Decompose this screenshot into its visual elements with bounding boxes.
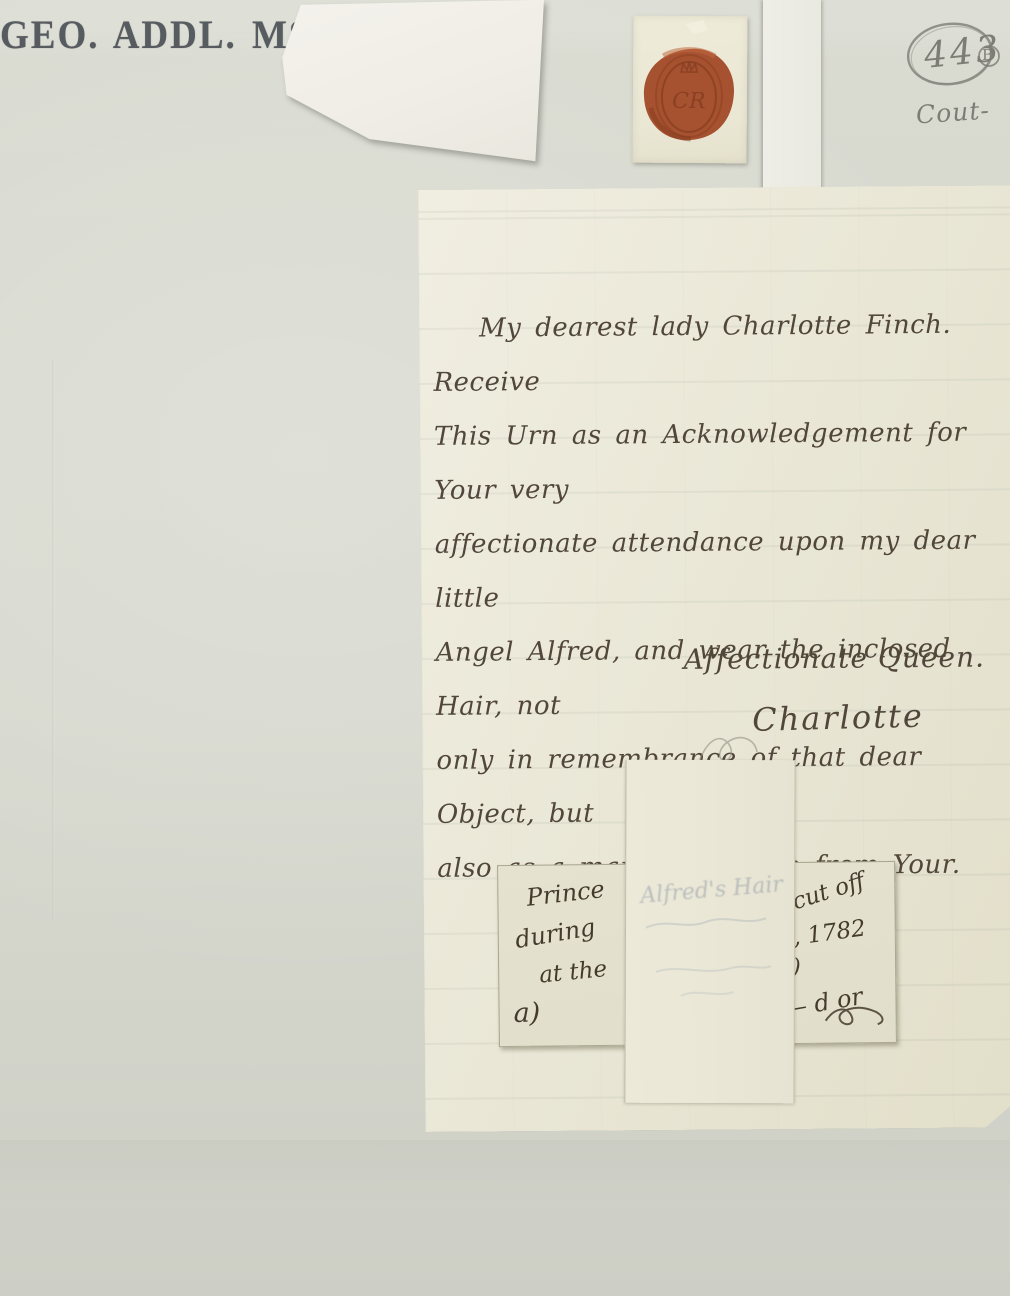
page-bottom-shading	[0, 1140, 1010, 1296]
paper-flap-surface	[278, 0, 564, 168]
pencil-shelfmark: 443 B Cout-	[898, 10, 1010, 150]
docket-line: at the	[538, 956, 608, 989]
paper-flap	[278, 0, 564, 168]
album-page: GEO. ADDL. MS CR 443 B Cout- My dearest …	[0, 0, 1010, 1296]
docket-corner-mark: a)	[513, 998, 540, 1029]
shelfmark-annotation: Cout-	[915, 95, 991, 129]
letter-signature: Charlotte	[752, 697, 925, 739]
wax-seal: CR	[632, 16, 747, 164]
docket-line: Prince	[525, 875, 606, 912]
cover-strip: Alfred's Hair	[624, 760, 795, 1104]
letter-line: My dearest lady Charlotte Finch. Receive	[433, 297, 1010, 410]
library-stamp: GEO. ADDL. MS	[0, 12, 312, 58]
letter-line: This Urn as an Acknowledgement for Your …	[434, 405, 1010, 518]
letter-line: affectionate attendance upon my dear lit…	[435, 513, 1010, 626]
docket-line: during	[513, 913, 597, 954]
seal-monogram: CR	[672, 89, 706, 114]
pen-flourish	[822, 1002, 892, 1029]
letter-closing: Affectionate Queen.	[684, 641, 986, 676]
shelfmark-letter: B	[982, 46, 993, 64]
torn-paper-notch	[685, 20, 707, 34]
mount-strip-right	[763, 0, 821, 188]
docket-fragment: ʳ, 1782	[783, 915, 867, 952]
page-crease	[52, 360, 55, 920]
wax-seal-mount: CR	[632, 16, 747, 164]
ghost-writing-squiggle	[625, 760, 794, 1104]
docket-fragment: cut off	[789, 868, 868, 915]
